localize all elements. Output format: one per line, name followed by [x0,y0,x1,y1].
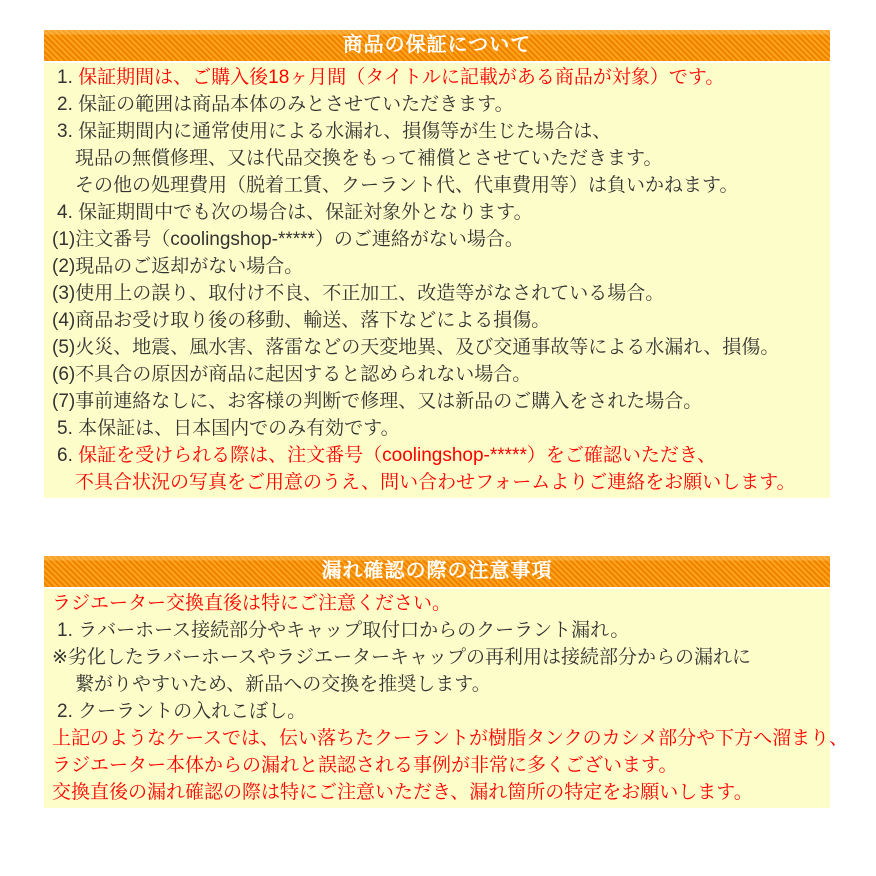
text-line: 6. 保証を受けられる際は、注文番号（coolingshop-*****）をご確… [52,442,822,469]
text-segment: ラジエーター交換直後は特にご注意ください。 [52,593,451,614]
text-segment: 2. 保証の範囲は商品本体のみとさせていただきます。 [57,94,514,115]
text-segment: 4. 保証期間中でも次の場合は、保証対象外となります。 [57,202,533,223]
text-segment: 1. ラバーホース接続部分やキャップ取付口からのクーラント漏れ。 [57,620,629,641]
text-segment: 5. 本保証は、日本国内でのみ有効です。 [57,418,400,439]
text-line: 4. 保証期間中でも次の場合は、保証対象外となります。 [52,199,822,226]
text-line: (6)不具合の原因が商品に起因すると認められない場合。 [52,361,822,388]
text-segment: (1)注文番号（coolingshop-*****）のご連絡がない場合。 [52,229,524,250]
text-line: 現品の無償修理、又は代品交換をもって補償とさせていただきます。 [52,145,822,172]
text-segment: (7)事前連絡なしに、お客様の判断で修理、又は新品のご購入をされた場合。 [52,391,702,412]
text-segment: (6)不具合の原因が商品に起因すると認められない場合。 [52,364,531,385]
text-segment: (3)使用上の誤り、取付け不良、不正加工、改造等がなされている場合。 [52,283,664,304]
text-segment: その他の処理費用（脱着工賃、クーラント代、代車費用等）は負いかねます。 [75,175,738,196]
text-segment: 繋がりやすいため、新品への交換を推奨します。 [75,674,491,695]
text-segment: 2. クーラントの入れこぼし。 [57,701,306,722]
text-line: ラジエーター本体からの漏れと誤認される事例が非常に多くございます。 [52,752,822,779]
text-line: 5. 本保証は、日本国内でのみ有効です。 [52,415,822,442]
text-segment: (4)商品お受け取り後の移動、輸送、落下などによる損傷。 [52,310,550,331]
text-line: (1)注文番号（coolingshop-*****）のご連絡がない場合。 [52,226,822,253]
leak-check-panel-body: ラジエーター交換直後は特にご注意ください。1. ラバーホース接続部分やキャップ取… [44,589,830,808]
text-segment: 保証を受けられる際は、注文番号（coolingshop-*****）をご確認いた… [78,445,716,466]
leak-check-panel-header: 漏れ確認の際の注意事項 [44,556,830,587]
text-line: ※劣化したラバーホースやラジエーターキャップの再利用は接続部分からの漏れに [52,644,822,671]
text-segment: (2)現品のご返却がない場合。 [52,256,303,277]
text-segment: ※劣化したラバーホースやラジエーターキャップの再利用は接続部分からの漏れに [52,647,751,668]
text-line: ラジエーター交換直後は特にご注意ください。 [52,590,822,617]
text-segment: 3. 保証期間内に通常使用による水漏れ、損傷等が生じた場合は、 [57,121,611,142]
text-line: (2)現品のご返却がない場合。 [52,253,822,280]
text-segment: ラジエーター本体からの漏れと誤認される事例が非常に多くございます。 [52,755,677,776]
text-segment: 交換直後の漏れ確認の際は特にご注意いただき、漏れ箇所の特定をお願いします。 [52,782,753,803]
text-segment: 不具合状況の写真をご用意のうえ、問い合わせフォームよりご連絡をお願いします。 [75,472,796,493]
text-line: 交換直後の漏れ確認の際は特にご注意いただき、漏れ箇所の特定をお願いします。 [52,779,822,806]
warranty-panel-header: 商品の保証について [44,30,830,61]
text-line: 3. 保証期間内に通常使用による水漏れ、損傷等が生じた場合は、 [52,118,822,145]
text-segment: 1. [57,67,78,88]
warranty-panel-title: 商品の保証について [343,34,532,56]
leak-check-panel-title: 漏れ確認の際の注意事項 [322,560,553,582]
text-line: 1. 保証期間は、ご購入後18ヶ月間（タイトルに記載がある商品が対象）です。 [52,64,822,91]
text-line: (5)火災、地震、風水害、落雷などの天変地異、及び交通事故等による水漏れ、損傷。 [52,334,822,361]
text-line: 繋がりやすいため、新品への交換を推奨します。 [52,671,822,698]
text-line: 不具合状況の写真をご用意のうえ、問い合わせフォームよりご連絡をお願いします。 [52,469,822,496]
text-segment: 上記のようなケースでは、伝い落ちたクーラントが樹脂タンクのカシメ部分や下方へ溜ま… [52,728,848,749]
text-line: 1. ラバーホース接続部分やキャップ取付口からのクーラント漏れ。 [52,617,822,644]
leak-check-panel: 漏れ確認の際の注意事項 ラジエーター交換直後は特にご注意ください。1. ラバーホ… [44,556,830,808]
warranty-panel: 商品の保証について 1. 保証期間は、ご購入後18ヶ月間（タイトルに記載がある商… [44,30,830,498]
warranty-panel-body: 1. 保証期間は、ご購入後18ヶ月間（タイトルに記載がある商品が対象）です。2.… [44,63,830,498]
text-segment: (5)火災、地震、風水害、落雷などの天変地異、及び交通事故等による水漏れ、損傷。 [52,337,779,358]
text-line: 2. クーラントの入れこぼし。 [52,698,822,725]
text-line: その他の処理費用（脱着工賃、クーラント代、代車費用等）は負いかねます。 [52,172,822,199]
text-line: (3)使用上の誤り、取付け不良、不正加工、改造等がなされている場合。 [52,280,822,307]
text-line: 2. 保証の範囲は商品本体のみとさせていただきます。 [52,91,822,118]
text-line: (7)事前連絡なしに、お客様の判断で修理、又は新品のご購入をされた場合。 [52,388,822,415]
text-segment: 6. [57,445,78,466]
text-line: 上記のようなケースでは、伝い落ちたクーラントが樹脂タンクのカシメ部分や下方へ溜ま… [52,725,822,752]
page: 商品の保証について 1. 保証期間は、ご購入後18ヶ月間（タイトルに記載がある商… [0,0,876,876]
text-line: (4)商品お受け取り後の移動、輸送、落下などによる損傷。 [52,307,822,334]
text-segment: 現品の無償修理、又は代品交換をもって補償とさせていただきます。 [75,148,662,169]
text-segment: 保証期間は、ご購入後18ヶ月間（タイトルに記載がある商品が対象）です。 [78,67,724,88]
